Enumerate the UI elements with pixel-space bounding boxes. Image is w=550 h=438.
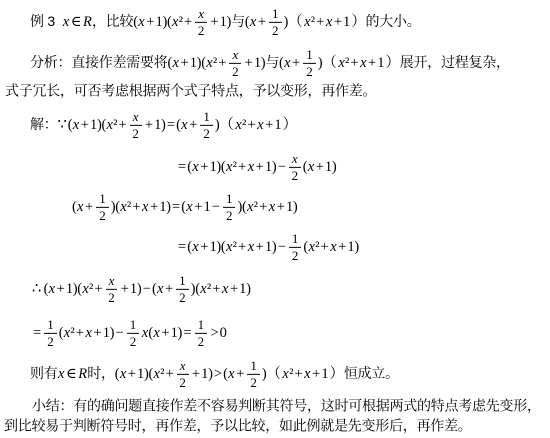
fraction-numerator: x [177,359,189,375]
fraction: 12 [44,318,57,348]
summary-line-1: 小结：有的确问题直接作差不容易判断其符号，这时可根据两式的特点考虑先变形， [32,397,541,415]
fraction-denominator: 2 [132,126,139,141]
document-page: 例 3 x ∈ R，比较(x + 1)(x² + x2 + 1)与(x + 12… [0,0,550,438]
solution-step-2: = (x + 1)(x² + x + 1) − x2(x + 1) [178,152,336,182]
fraction-denominator: 2 [292,168,299,183]
math-run: )（ x² + x + 1 ） [318,54,400,72]
text-run: 例 3 [30,13,62,31]
math-run: = (x + 1)(x² + x + 1) − [178,158,287,176]
fraction-numerator: 1 [176,274,189,290]
fraction: x2 [177,359,189,389]
fraction: x2 [195,7,207,37]
text-run: 分析：直接作差需要将 [30,54,168,72]
math-run: x ∈ R [62,13,92,31]
math-run: (x + [245,13,267,31]
text-run: 时， [87,365,115,383]
fraction-denominator: 2 [99,208,106,223]
math-run: x(x + 1) = [141,324,192,342]
fraction-numerator: 1 [44,318,57,334]
text-run: ，比较 [92,13,133,31]
fraction-numerator: 1 [127,318,140,334]
fraction-numerator: 1 [269,7,282,23]
solution-step-3: (x + 12)(x² + x + 1) = (x + 1 − 12)(x² +… [72,192,297,222]
problem-statement: 例 3 x ∈ R，比较(x + 1)(x² + x2 + 1)与(x + 12… [30,7,421,37]
conclusion-step-2: = 12(x² + x + 1) − 12x(x + 1) = 12 > 0 [33,318,227,348]
fraction: 12 [289,232,302,262]
fraction: 12 [200,110,213,140]
text-run: 展开，过程复杂， [400,54,510,72]
math-run: x ∈ R [58,365,88,383]
analysis-line-2: 式子冗长，可否考虑根据两个式子特点，予以变形，再作差。 [5,82,376,100]
fraction: x2 [289,152,301,182]
fraction-denominator: 2 [203,126,210,141]
fraction: 12 [269,7,282,37]
fraction: 12 [247,359,260,389]
fraction-numerator: 1 [247,359,260,375]
math-run: (x + 1) [303,158,337,176]
fraction-denominator: 2 [198,334,205,349]
fraction-denominator: 2 [306,64,313,79]
text-run: 解： [30,116,58,134]
math-run: )(x² + x + 1) = (x + 1 − [111,198,221,216]
math-run: )（ x² + x + 1 ） [262,365,344,383]
fraction-numerator: x [289,152,301,168]
fraction: 12 [96,192,109,222]
fraction-numerator: 1 [303,48,316,64]
fraction-numerator: x [195,7,207,23]
math-run: + 1) = (x + [144,116,199,134]
text-run: 恒成立。 [344,365,399,383]
fraction-denominator: 2 [226,208,233,223]
text-run: 的大小。 [366,13,421,31]
fraction-denominator: 2 [47,334,54,349]
text-run: 则有 [30,365,58,383]
math-run: )(x² + x + 1) [237,198,297,216]
math-run: ∴ (x + 1)(x² + [32,280,104,298]
math-run: ∵ (x + 1)(x² + [58,116,128,134]
math-run: )（ x² + x + 1 ） [215,116,297,134]
fraction-numerator: x [130,110,142,126]
math-run: (x² + x + 1) − [59,324,125,342]
fraction-denominator: 2 [232,64,239,79]
math-run: (x² + x + 1) [303,238,358,256]
fraction-numerator: 1 [195,318,208,334]
fraction-numerator: x [106,274,118,290]
fraction-numerator: 1 [96,192,109,208]
fraction-denominator: 2 [198,23,205,38]
fraction-numerator: x [229,48,241,64]
fraction: x2 [130,110,142,140]
math-run: + 1) − (x + [119,280,174,298]
analysis-line-1: 分析：直接作差需要将(x + 1)(x² + x2 + 1)与(x + 12)（… [30,48,510,78]
math-run: )（ x² + x + 1 ） [284,13,366,31]
fraction: x2 [229,48,241,78]
math-run: (x + [72,198,94,216]
fraction: 12 [176,274,189,304]
math-run: = (x + 1)(x² + x + 1) − [178,238,287,256]
conclusion-statement: 则有x ∈ R时，(x + 1)(x² + x2 + 1) > (x + 12)… [30,359,399,389]
text-run: 与 [265,54,279,72]
fraction-denominator: 2 [179,375,186,390]
fraction: 12 [223,192,236,222]
text-run: 式子冗长，可否考虑根据两个式子特点，予以变形，再作差。 [5,82,376,100]
math-run: > 0 [209,324,227,342]
fraction-denominator: 2 [292,248,299,263]
math-run: (x + 1)(x² + [133,13,193,31]
math-run: + 1) [209,13,231,31]
math-run: = [33,324,42,342]
math-run: + 1) > (x + [191,365,246,383]
solution-step-1: 解：∵ (x + 1)(x² + x2 + 1) = (x + 12)（ x² … [30,110,297,140]
text-run: 小结：有的确问题直接作差不容易判断其符号，这时可根据两式的特点考虑先变形， [32,397,541,415]
fraction-denominator: 2 [179,290,186,305]
math-run: (x + 1)(x² + [115,365,175,383]
fraction: 12 [303,48,316,78]
fraction-numerator: 1 [223,192,236,208]
math-run: )(x² + x + 1) [191,280,251,298]
fraction-numerator: 1 [200,110,213,126]
summary-line-2: 到比较易于判断符号时，再作差，予以比较，如此例就是先变形后，再作差。 [4,417,472,435]
math-run: (x + 1)(x² + [168,54,228,72]
fraction-denominator: 2 [130,334,137,349]
fraction-denominator: 2 [108,290,115,305]
solution-step-4: = (x + 1)(x² + x + 1) − 12(x² + x + 1) [178,232,359,262]
fraction: 12 [195,318,208,348]
text-run: 与 [231,13,245,31]
math-run: (x + [279,54,301,72]
fraction-numerator: 1 [289,232,302,248]
fraction: 12 [127,318,140,348]
fraction-denominator: 2 [272,23,279,38]
text-run: 到比较易于判断符号时，再作差，予以比较，如此例就是先变形后，再作差。 [4,417,472,435]
math-run: + 1) [243,54,265,72]
fraction-denominator: 2 [250,375,257,390]
fraction: x2 [106,274,118,304]
conclusion-step-1: ∴ (x + 1)(x² + x2 + 1) − (x + 12)(x² + x… [32,274,251,304]
